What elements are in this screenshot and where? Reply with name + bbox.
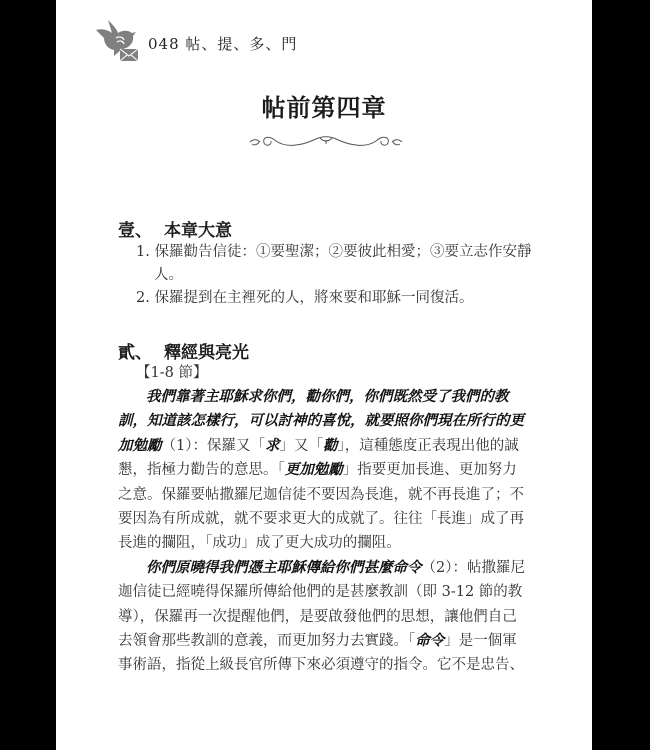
paragraph-line: 訓，知道該怎樣行，可以討神的喜悅，就要照你們現在所行的更 bbox=[118, 411, 540, 431]
paragraph-line: 懇，指極力勸告的意思。「更加勉勵」指要更加長進、更加努力 bbox=[118, 460, 540, 480]
emphasized-scripture-text: 求 bbox=[265, 437, 280, 454]
commentary-text: 迦信徒已經曉得保羅所傳給他們的是甚麼教訓（即 3-12 節的教 bbox=[118, 584, 522, 600]
emphasized-scripture-text: 訓，知道該怎樣行，可以討神的喜悅，就要照你們現在所行的更 bbox=[118, 412, 524, 429]
paragraph-line: 我們靠著主耶穌求你們，勸你們，你們既然受了我們的教 bbox=[146, 387, 568, 407]
commentary-text: 要因為有所成就，就不要求更大的成就了。往往「長進」成了再 bbox=[118, 511, 524, 527]
commentary-text: 」，這種態度正表現出他的誠 bbox=[337, 438, 518, 454]
commentary-text: 事術語，指從上級長官所傳下來必須遵守的指令。它不是忠告、 bbox=[118, 657, 524, 673]
paragraph-line: 導），保羅再一次提醒他們，是要啟發他們的思想，讓他們自己 bbox=[118, 607, 540, 627]
commentary-text: 去領會那些教訓的意義，而更加努力去實踐。「 bbox=[118, 633, 415, 649]
section-heading-summary: 壹、本章大意 bbox=[118, 216, 232, 241]
list-item: 1. 保羅勸告信徒：①要聖潔；②要彼此相愛；③要立志作安靜 bbox=[136, 242, 540, 262]
commentary-text: （1）：保羅又「 bbox=[162, 438, 265, 454]
list-item-continuation: 人。 bbox=[154, 265, 576, 285]
flourish-divider-icon bbox=[246, 130, 406, 152]
running-title: 048 帖、提、多、門 bbox=[148, 33, 297, 54]
commentary-text: 長進的攔阻，「成功」成了更大成功的攔阻。 bbox=[118, 535, 401, 551]
list-item: 2. 保羅提到在主裡死的人，將來要和耶穌一同復活。 bbox=[136, 288, 558, 308]
commentary-text: 之意。保羅要帖撒羅尼迦信徒不要因為長進，就不再長進了；不 bbox=[118, 487, 524, 503]
section-number: 壹、 bbox=[118, 221, 152, 241]
book-page: 048 帖、提、多、門 帖前第四章 壹、本章大意 1. 保羅勸告信徒：①要聖潔；… bbox=[56, 0, 592, 750]
paragraph-line: 你們原曉得我們憑主耶穌傳給你們甚麼命令（2）：帖撒羅尼 bbox=[146, 558, 568, 578]
verse-reference: 【1-8 節】 bbox=[136, 363, 558, 383]
commentary-text: 懇，指極力勸告的意思。「 bbox=[118, 462, 285, 478]
commentary-text: 」指要更加長進、更加努力 bbox=[343, 462, 517, 478]
paragraph-line: 之意。保羅要帖撒羅尼迦信徒不要因為長進，就不再長進了；不 bbox=[118, 485, 540, 505]
dove-with-envelope-icon bbox=[92, 16, 142, 64]
paragraph-line: 事術語，指從上級長官所傳下來必須遵守的指令。它不是忠告、 bbox=[118, 655, 540, 675]
page-header: 048 帖、提、多、門 bbox=[92, 16, 297, 64]
paragraph-line: 迦信徒已經曉得保羅所傳給他們的是甚麼教訓（即 3-12 節的教 bbox=[118, 582, 540, 602]
section-number: 貳、 bbox=[118, 343, 152, 363]
emphasized-scripture-text: 命令 bbox=[415, 632, 444, 649]
section-title: 釋經與亮光 bbox=[164, 343, 249, 363]
paragraph-line: 要因為有所成就，就不要求更大的成就了。往往「長進」成了再 bbox=[118, 509, 540, 529]
chapter-title: 帖前第四章 bbox=[56, 88, 592, 123]
commentary-text: 」又「 bbox=[279, 438, 323, 454]
paragraph-line: 加勉勵（1）：保羅又「求」又「勸」，這種態度正表現出他的誠 bbox=[118, 436, 540, 456]
commentary-text: 導），保羅再一次提醒他們，是要啟發他們的思想，讓他們自己 bbox=[118, 609, 517, 625]
emphasized-scripture-text: 你們原曉得我們憑主耶穌傳給你們甚麼命令 bbox=[146, 559, 422, 576]
emphasized-scripture-text: 加勉勵 bbox=[118, 437, 162, 454]
paragraph-line: 長進的攔阻，「成功」成了更大成功的攔阻。 bbox=[118, 533, 540, 553]
emphasized-scripture-text: 我們靠著主耶穌求你們，勸你們，你們既然受了我們的教 bbox=[146, 388, 509, 405]
section-title: 本章大意 bbox=[164, 221, 232, 241]
section-heading-exegesis: 貳、釋經與亮光 bbox=[118, 338, 249, 363]
emphasized-scripture-text: 更加勉勵 bbox=[285, 461, 343, 478]
commentary-text: 」是一個軍 bbox=[444, 633, 517, 649]
commentary-text: （2）：帖撒羅尼 bbox=[422, 560, 525, 576]
emphasized-scripture-text: 勸 bbox=[323, 437, 338, 454]
paragraph-line: 去領會那些教訓的意義，而更加努力去實踐。「命令」是一個軍 bbox=[118, 631, 540, 651]
